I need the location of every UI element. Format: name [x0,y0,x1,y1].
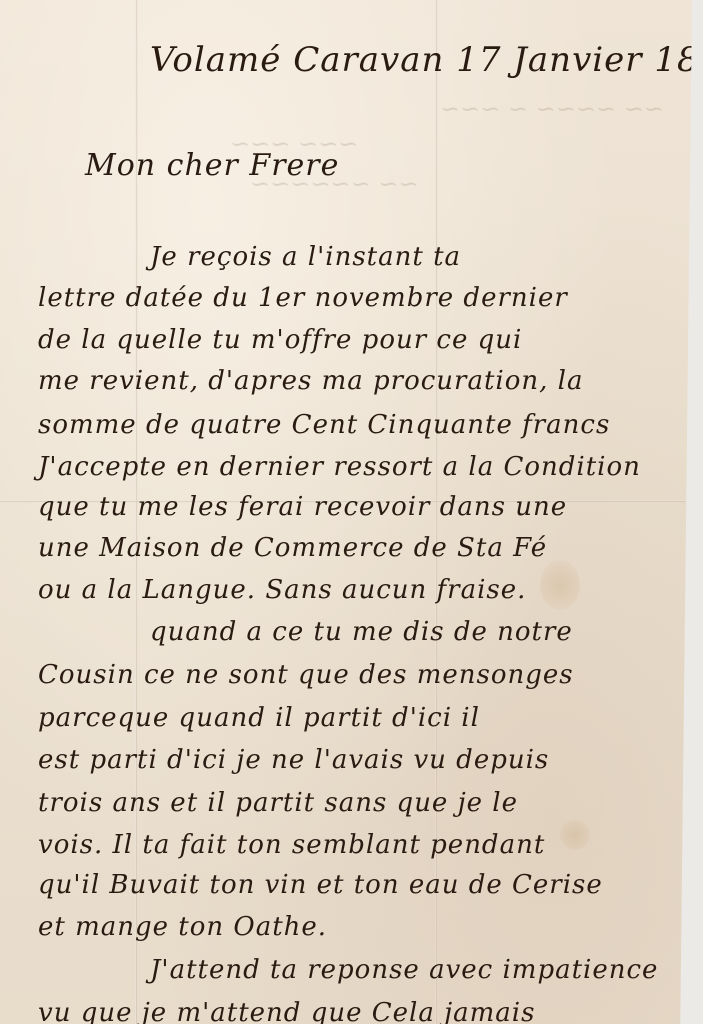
letter-line: ou a la Langue. Sans aucun fraise. [38,575,526,605]
letter-line: que tu me les ferai recevoir dans une [38,492,567,522]
bleed-through-text: ~~ ~~~~ ~ ~~~ [440,95,664,123]
letter-line: une Maison de Commerce de Sta Fé [38,533,547,563]
dateline: Volamé Caravan 17 Janvier 1876 [150,40,703,80]
letter-line: J'accepte en dernier ressort a la Condit… [38,452,641,482]
letter-line: somme de quatre Cent Cinquante francs [38,410,610,440]
letter-line: J'attend ta reponse avec impatience [150,955,658,985]
letter-line: Cousin ce ne sont que des mensonges [38,660,574,690]
letter-line: quand a ce tu me dis de notre [150,617,573,647]
letter-line: de la quelle tu m'offre pour ce qui [38,325,522,355]
letter-line: parceque quand il partit d'ici il [38,703,480,733]
letter-line: vois. Il ta fait ton semblant pendant [38,830,545,860]
letter-line: et mange ton Oathe. [38,912,327,942]
letter-line: est parti d'ici je ne l'avais vu depuis [38,745,549,775]
paper-stain [560,820,590,850]
letter-line: lettre datée du 1er novembre dernier [38,283,568,313]
paper-stain [540,560,580,610]
salutation: Mon cher Frere [85,148,339,183]
letter-line: me revient, d'apres ma procuration, la [38,366,583,396]
letter-line: qu'il Buvait ton vin et ton eau de Ceris… [38,870,603,900]
letter-sheet: ~~ ~~~~ ~ ~~~ ~~~ ~~~ ~~ ~~~~~~ Volamé C… [0,0,692,1024]
letter-line: vu que je m'attend que Cela jamais [38,998,535,1024]
letter-line: trois ans et il partit sans que je le [38,788,518,818]
letter-line: Je reçois a l'instant ta [150,242,461,272]
